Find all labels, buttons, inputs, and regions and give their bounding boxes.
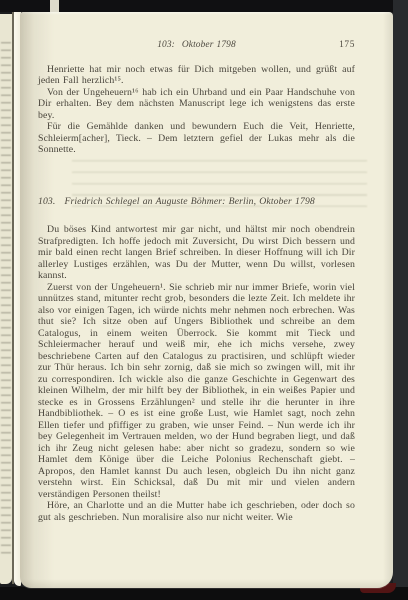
letter-title: Friedrich Schlegel an Auguste Böhmer: Be… — [64, 196, 314, 207]
adjacent-page-edge — [0, 14, 12, 584]
para-henriette: Henriette hat mir noch etwas für Dich mi… — [38, 64, 355, 87]
para-gemaehlde: Für die Gemählde danken und bewundern Eu… — [38, 121, 355, 156]
para-hoere: Höre, an Charlotte und an die Mutter hab… — [38, 500, 355, 523]
scanner-background-right — [393, 0, 408, 588]
page-content: 103:Oktober 1798 175 Henriette hat mir n… — [38, 40, 355, 523]
running-header-date: Oktober 1798 — [182, 40, 236, 50]
para-ungeheuern: Zuerst von der Ungeheuern¹. Sie schrieb … — [38, 282, 355, 501]
para-uhrband: Von der Ungeheuern¹⁶ hab ich ein Uhrband… — [38, 87, 355, 122]
letter-number: 103. — [38, 196, 55, 207]
book-page: 103:Oktober 1798 175 Henriette hat mir n… — [20, 12, 393, 588]
page-number: 175 — [339, 40, 355, 52]
section-heading: 103.Friedrich Schlegel an Auguste Böhmer… — [38, 196, 355, 208]
book-scan: 103:Oktober 1798 175 Henriette hat mir n… — [0, 0, 408, 600]
adjacent-page-ghost-text — [1, 42, 11, 554]
para-du-boeses-kind: Du böses Kind antwortest mir gar nicht, … — [38, 224, 355, 282]
running-header-letter-number: 103: — [157, 40, 175, 50]
scanner-background-bottom — [0, 587, 408, 600]
running-header: 103:Oktober 1798 175 — [38, 40, 355, 52]
